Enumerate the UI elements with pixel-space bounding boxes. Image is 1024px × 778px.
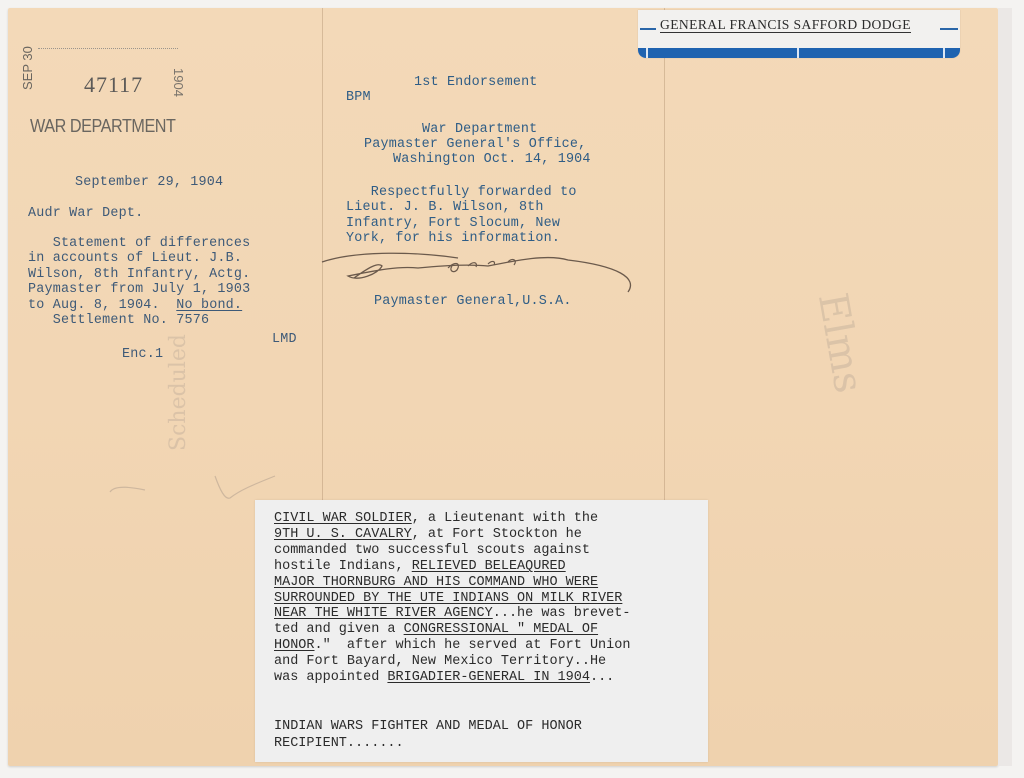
label-color-band [638,48,960,58]
underlined-phrase: CIVIL WAR SOLDIER [274,511,412,526]
no-bond-note: No bond. [176,298,242,313]
underlined-phrase: 9TH U. S. CAVALRY [274,527,412,542]
fold-line [664,8,665,503]
underlined-phrase: BRIGADIER-GENERAL IN 1904 [387,670,590,685]
stamp-year: 1904 [171,68,186,97]
endorsement-body: Respectfully forwarded to Lieut. J. B. W… [346,185,577,247]
endorsement-code: BPM [346,90,371,105]
underlined-phrase: HONOR [274,638,315,653]
office-line: Washington Oct. 14, 1904 [393,152,591,167]
signer-title: Paymaster General,U.S.A. [374,294,572,309]
page-edge [998,8,1012,766]
enclosure-note: Enc.1 [122,347,163,362]
biography-summary: INDIAN WARS FIGHTER AND MEDAL OF HONOR R… [274,718,582,752]
letter-body: Statement of differences in accounts of … [28,236,250,328]
biography-note-card: CIVIL WAR SOLDIER, a Lieutenant with the… [255,500,708,762]
letter-addressee: Audr War Dept. [28,206,143,221]
endorsement-title: 1st Endorsement [414,75,538,90]
stamp-date: SEP 30 [20,46,35,90]
stamp-department: WAR DEPARTMENT [30,116,176,137]
biography-text: CIVIL WAR SOLDIER, a Lieutenant with the… [274,511,630,686]
typist-initials: LMD [272,332,297,347]
underlined-phrase: CONGRESSIONAL " MEDAL OF [404,622,598,637]
underlined-phrase: RELIEVED BELEAQURED [412,559,566,574]
underlined-phrase: NEAR THE WHITE RIVER AGENCY [274,606,493,621]
stamp-number: 47117 [84,72,143,98]
letter-date: September 29, 1904 [75,175,223,190]
signature [318,248,638,298]
stamp-border [38,48,178,49]
folder-label-tab: GENERAL FRANCIS SAFFORD DODGE [638,10,960,58]
label-dash [640,28,656,30]
label-title: GENERAL FRANCIS SAFFORD DODGE [660,17,911,33]
bleed-through-text: Scheduled [166,334,191,451]
settlement-number: Settlement No. 7576 [53,313,209,328]
label-dash [940,28,958,30]
underlined-phrase: SURROUNDED BY THE UTE INDIANS ON MILK RI… [274,591,622,606]
office-line: Paymaster General's Office, [364,137,586,152]
underlined-phrase: MAJOR THORNBURG AND HIS COMMAND WHO WERE [274,575,598,590]
office-line: War Department [422,122,537,137]
